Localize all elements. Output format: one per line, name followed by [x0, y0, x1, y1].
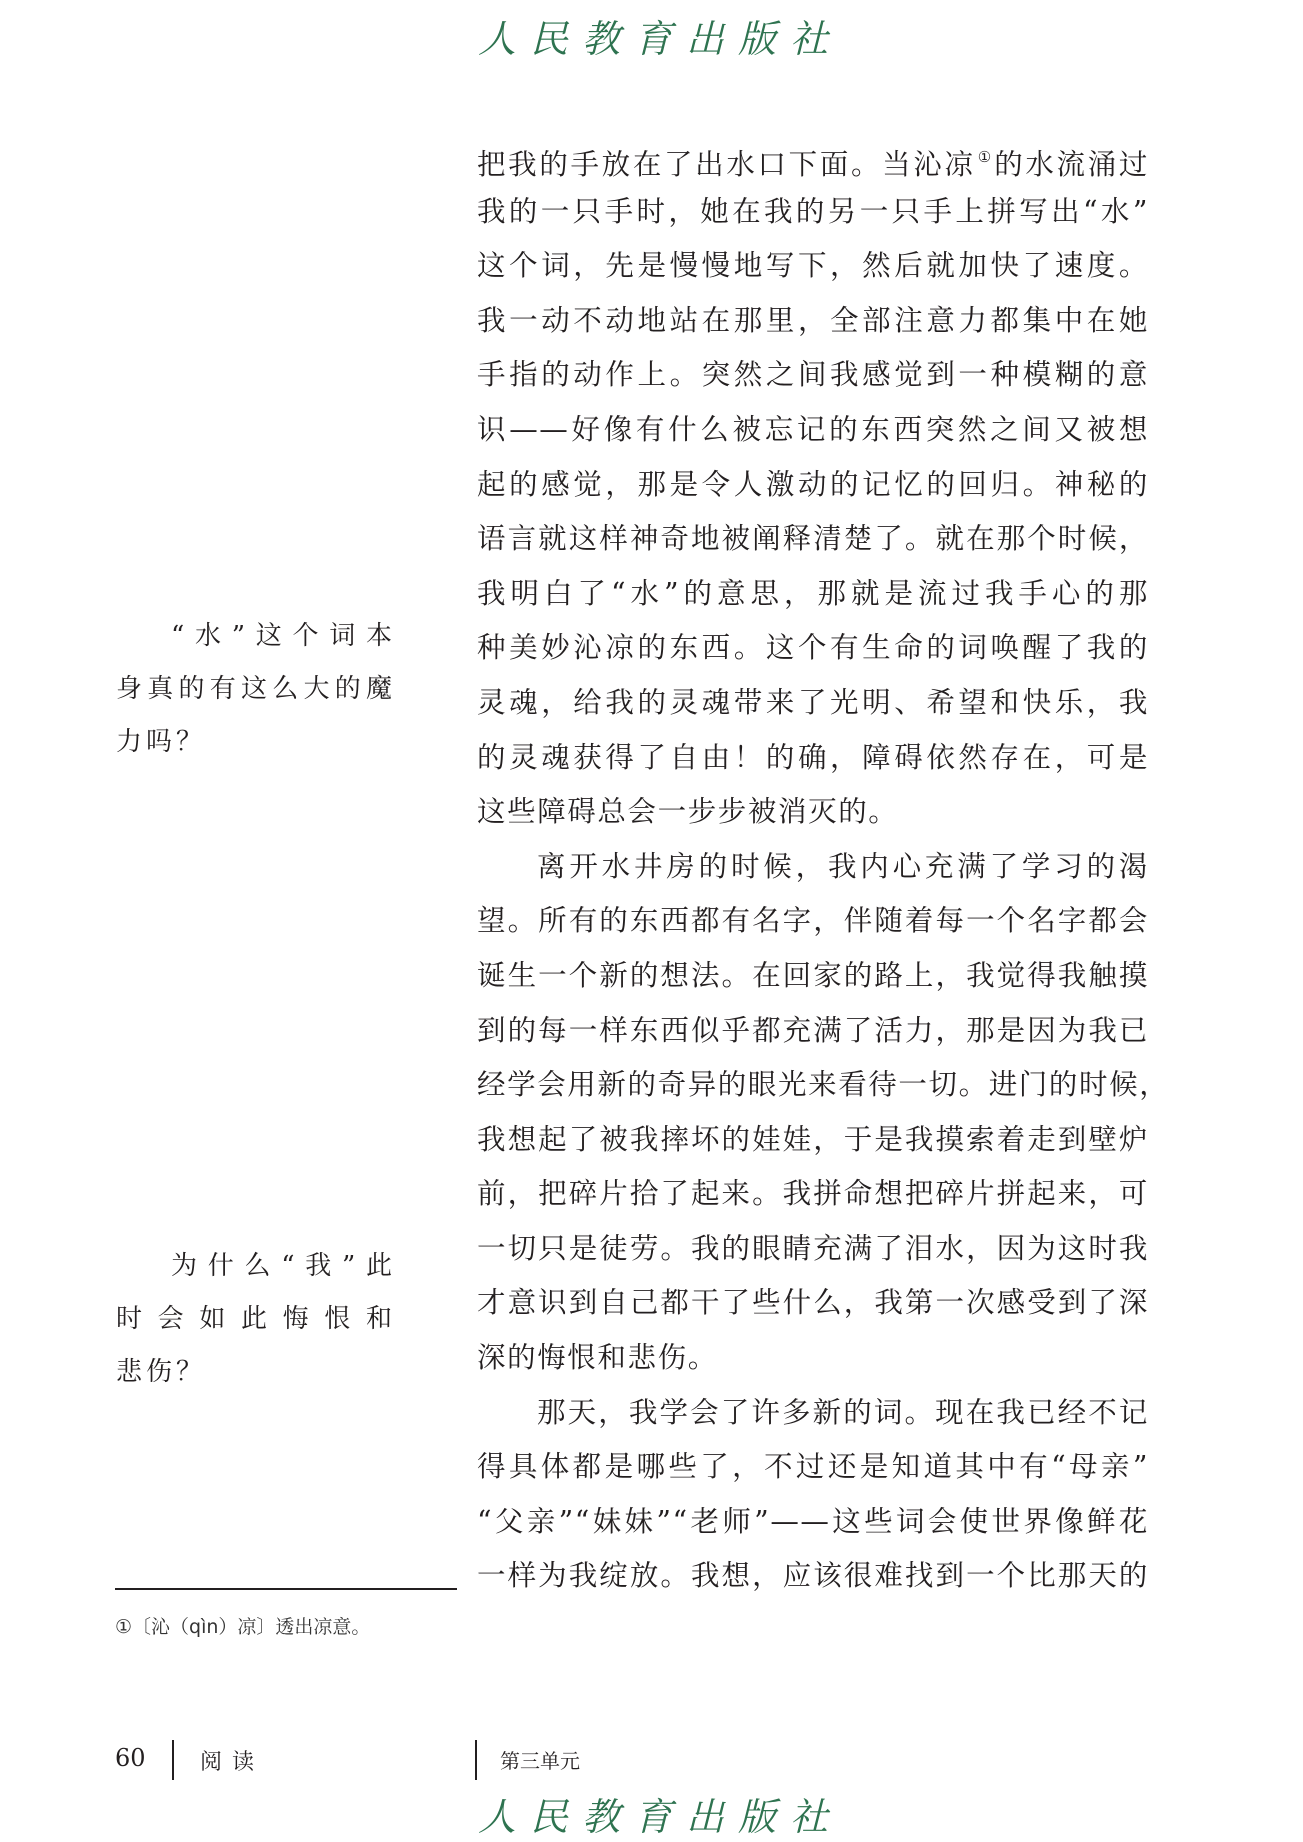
note-line: 力吗？ [116, 716, 396, 769]
svg-text:人民教育出版社: 人民教育出版社 [478, 1795, 838, 1839]
text-line: 的灵魂获得了自由！的确，障碍依然存在，可是 [477, 731, 1149, 786]
publisher-logo-top: 人民教育出版社 [478, 12, 838, 62]
publisher-logo-icon: 人民教育出版社 [478, 12, 838, 62]
text-line: 种美妙沁凉的东西。这个有生命的词唤醒了我的 [477, 621, 1149, 676]
text-line: 语言就这样神奇地被阐释清楚了。就在那个时候， [477, 512, 1149, 567]
text-line: 识——好像有什么被忘记的东西突然之间又被想 [477, 403, 1149, 458]
publisher-logo-bottom: 人民教育出版社 [478, 1790, 838, 1840]
text-line: 我的一只手时，她在我的另一只手上拼写出“水” [477, 185, 1149, 240]
text-line: 诞生一个新的想法。在回家的路上，我觉得我触摸 [477, 949, 1149, 1004]
footnote-ref[interactable]: ① [978, 148, 993, 166]
text-line: 得具体都是哪些了，不过还是知道其中有“母亲” [477, 1440, 1149, 1495]
text-line: 经学会用新的奇异的眼光来看待一切。进门的时候， [477, 1058, 1149, 1113]
text-line: 才意识到自己都干了些什么，我第一次感受到了深 [477, 1276, 1149, 1331]
text-line: 前，把碎片拾了起来。我拼命想把碎片拼起来，可 [477, 1167, 1149, 1222]
text-line: 这些障碍总会一步步被消灭的。 [477, 785, 1149, 840]
text-line: 手指的动作上。突然之间我感觉到一种模糊的意 [477, 348, 1149, 403]
footer-divider [475, 1740, 477, 1780]
margin-note-regret: 为什么“我”此 时会如此悔恨和 悲伤？ [116, 1240, 396, 1399]
text-line: 我明白了“水”的意思，那就是流过我手心的那 [477, 567, 1149, 622]
note-line: 时会如此悔恨和 [116, 1293, 396, 1346]
text-line: 把我的手放在了出水口下面。当沁凉①的水流涌过 [477, 130, 1149, 185]
text-line: 起的感觉，那是令人激动的记忆的回归。神秘的 [477, 458, 1149, 513]
note-line: 为什么“我”此 [116, 1240, 396, 1293]
note-line: 身真的有这么大的魔 [116, 663, 396, 716]
text-line: 离开水井房的时候，我内心充满了学习的渴 [477, 840, 1149, 895]
publisher-logo-icon: 人民教育出版社 [478, 1790, 838, 1840]
text-line: 一样为我绽放。我想，应该很难找到一个比那天的 [477, 1549, 1149, 1604]
text-line: 灵魂，给我的灵魂带来了光明、希望和快乐，我 [477, 676, 1149, 731]
margin-note-water: “水”这个词本 身真的有这么大的魔 力吗？ [116, 610, 396, 769]
text-line: 深的悔恨和悲伤。 [477, 1331, 1149, 1386]
footer-unit: 第三单元 [500, 1745, 580, 1774]
text-line: 那天，我学会了许多新的词。现在我已经不记 [477, 1386, 1149, 1441]
footer-divider [172, 1740, 174, 1780]
svg-text:人民教育出版社: 人民教育出版社 [478, 17, 838, 61]
note-line: “水”这个词本 [116, 610, 396, 663]
text-line: 一切只是徒劳。我的眼睛充满了泪水，因为这时我 [477, 1222, 1149, 1277]
text-line: 我想起了被我摔坏的娃娃，于是我摸索着走到壁炉 [477, 1113, 1149, 1168]
text-line: 到的每一样东西似乎都充满了活力，那是因为我已 [477, 1004, 1149, 1059]
note-line: 悲伤？ [116, 1346, 396, 1399]
footnote-divider [115, 1588, 457, 1590]
text-line: 我一动不动地站在那里，全部注意力都集中在她 [477, 294, 1149, 349]
body-text: 把我的手放在了出水口下面。当沁凉①的水流涌过 我的一只手时，她在我的另一只手上拼… [477, 130, 1149, 1604]
text-line: “父亲”“妹妹”“老师”——这些词会使世界像鲜花 [477, 1495, 1149, 1550]
footer-section: 阅读 [200, 1745, 264, 1776]
page-number: 60 [115, 1744, 146, 1772]
text-line: 这个词，先是慢慢地写下，然后就加快了速度。 [477, 239, 1149, 294]
footnote: ①〔沁（qìn）凉〕透出凉意。 [115, 1612, 370, 1639]
text-line: 望。所有的东西都有名字，伴随着每一个名字都会 [477, 894, 1149, 949]
